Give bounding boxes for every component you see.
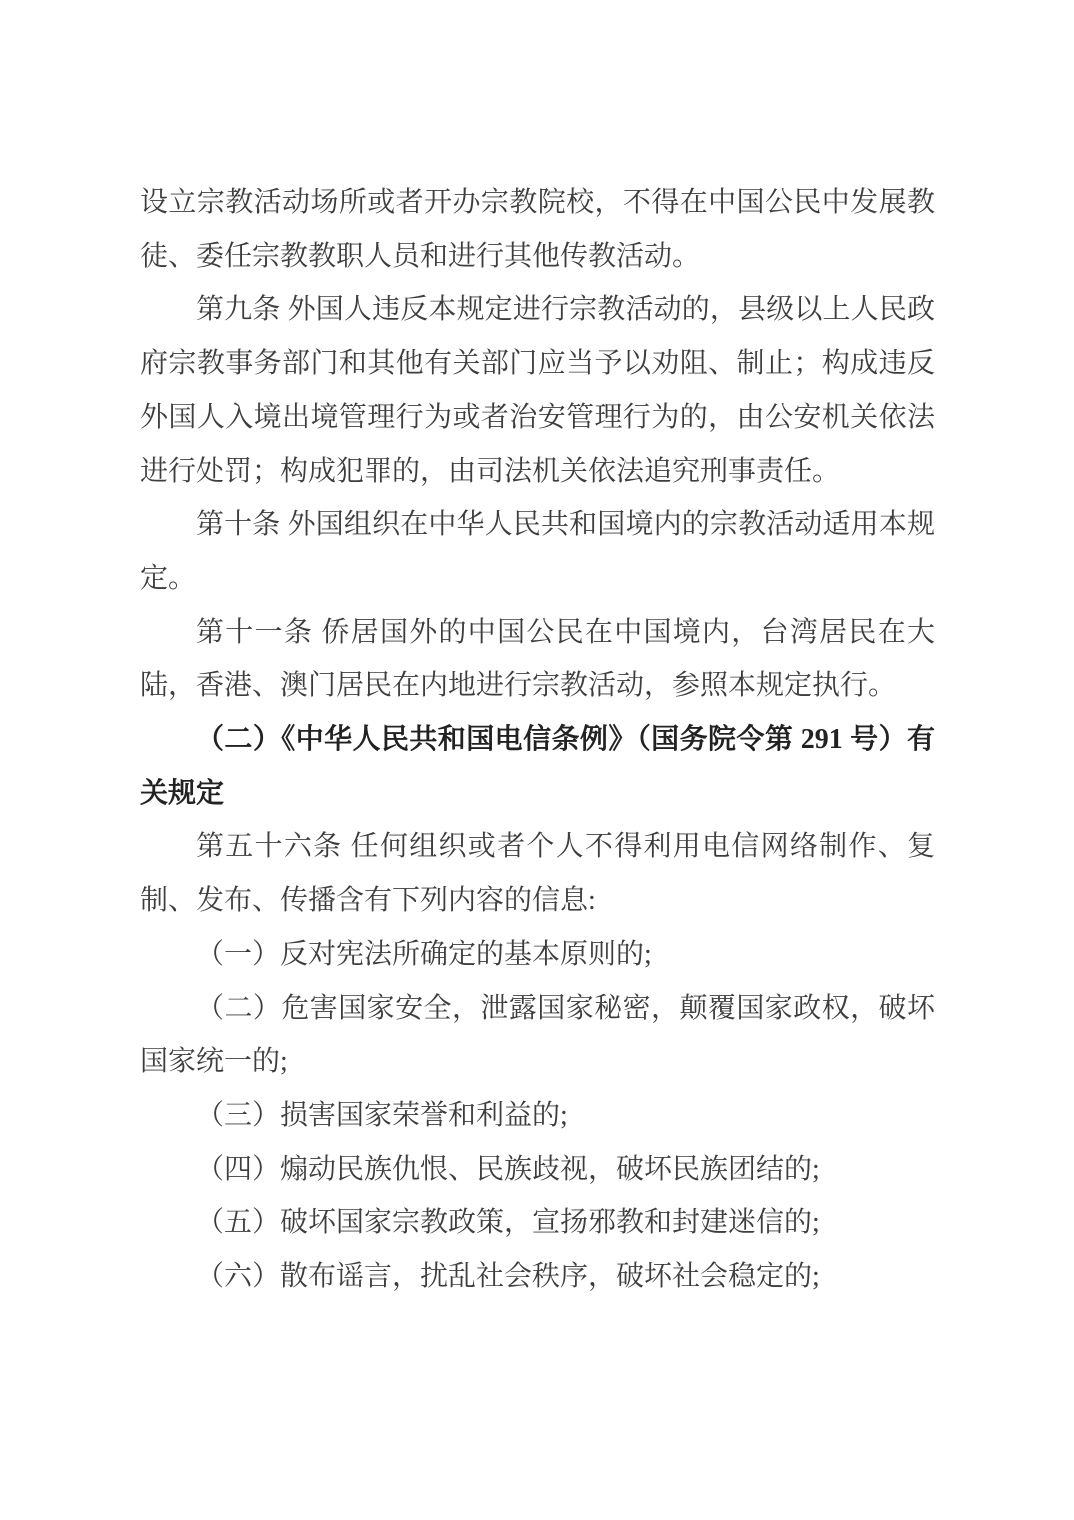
paragraph-article-11: 第十一条 侨居国外的中国公民在中国境内，台湾居民在大陆，香港、澳门居民在内地进行… [140,606,935,713]
section-heading-telecom-regulations: （二）《中华人民共和国电信条例》（国务院令第 291 号）有关规定 [140,713,935,820]
list-item-1: （一）反对宪法所确定的基本原则的; [140,928,935,982]
list-item-3: （三）损害国家荣誉和利益的; [140,1089,935,1143]
list-item-4: （四）煽动民族仇恨、民族歧视，破坏民族团结的; [140,1143,935,1197]
paragraph-article-56: 第五十六条 任何组织或者个人不得利用电信网络制作、复制、发布、传播含有下列内容的… [140,820,935,927]
list-item-5: （五）破坏国家宗教政策，宣扬邪教和封建迷信的; [140,1196,935,1250]
list-item-2: （二）危害国家安全，泄露国家秘密，颠覆国家政权，破坏国家统一的; [140,982,935,1089]
list-item-6: （六）散布谣言，扰乱社会秩序，破坏社会稳定的; [140,1250,935,1304]
paragraph-article-9: 第九条 外国人违反本规定进行宗教活动的，县级以上人民政府宗教事务部门和其他有关部… [140,283,935,498]
paragraph-continuation: 设立宗教活动场所或者开办宗教院校，不得在中国公民中发展教徒、委任宗教教职人员和进… [140,176,935,283]
document-page: 设立宗教活动场所或者开办宗教院校，不得在中国公民中发展教徒、委任宗教教职人员和进… [0,0,1074,1520]
paragraph-article-10: 第十条 外国组织在中华人民共和国境内的宗教活动适用本规定。 [140,498,935,605]
